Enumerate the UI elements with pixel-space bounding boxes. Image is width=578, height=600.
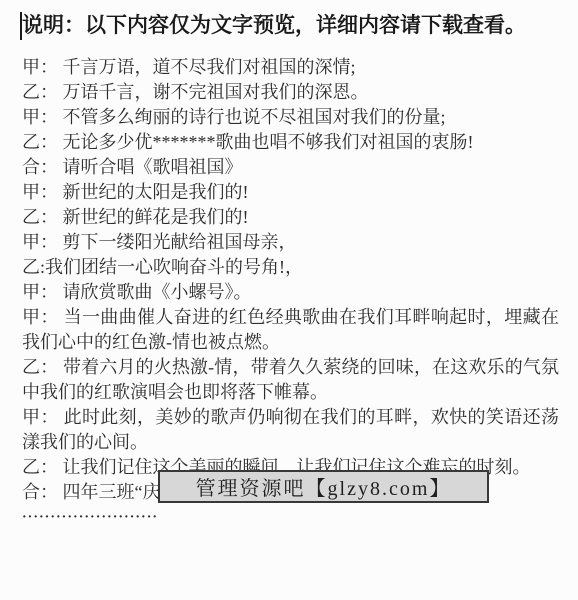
watermark-badge[interactable]: 管理资源吧【glzy8.com】 (158, 470, 489, 503)
dialogue-line: 乙： 带着六月的火热激-情，带着久久萦绕的回味，在这欢乐的气氛中我们的红歌演唱会… (22, 355, 559, 405)
dialogue-line: 甲： 新世纪的太阳是我们的! (22, 180, 559, 205)
dialogue-line: 甲： 此时此刻，美妙的歌声仍响彻在我们的耳畔，欢快的笑语还荡漾我们的心间。 (22, 405, 559, 455)
dialogue-line: 甲： 千言万语，道不尽我们对祖国的深情; (22, 55, 559, 80)
dialogue-line: 甲： 请欣赏歌曲《小螺号》。 (22, 280, 559, 305)
dialogue-line: 乙： 新世纪的鲜花是我们的! (22, 205, 559, 230)
watermark-label: 管理资源吧【glzy8.com】 (196, 472, 452, 501)
document-preview-page: 说明：以下内容仅为文字预览，详细内容请下载查看。 甲： 千言万语，道不尽我们对祖… (0, 0, 578, 600)
ellipsis-row: ························ (22, 505, 559, 530)
dialogue-line: 乙:我们团结一心吹响奋斗的号角!， (22, 255, 559, 280)
dialogue-line: 甲： 当一曲曲催人奋进的红色经典歌曲在我们耳畔响起时，埋藏在我们心中的红色激-情… (22, 305, 559, 355)
dialogue-line: 合： 请听合唱《歌唱祖国》 (22, 155, 559, 180)
dialogue-line: 乙： 无论多少优*******歌曲也唱不够我们对祖国的衷肠! (22, 130, 559, 155)
dialogue-line: 乙： 万语千言，谢不完祖国对我们的深恩。 (22, 80, 559, 105)
dialogue-line: 甲： 不管多么绚丽的诗行也说不尽祖国对我们的份量; (22, 105, 559, 130)
dialogue-line: 甲： 剪下一缕阳光献给祖国母亲， (22, 230, 559, 255)
preview-notice: 说明：以下内容仅为文字预览，详细内容请下载查看。 (22, 11, 562, 39)
dialogue-text: 甲： 千言万语，道不尽我们对祖国的深情;乙： 万语千言，谢不完祖国对我们的深恩。… (22, 55, 559, 530)
